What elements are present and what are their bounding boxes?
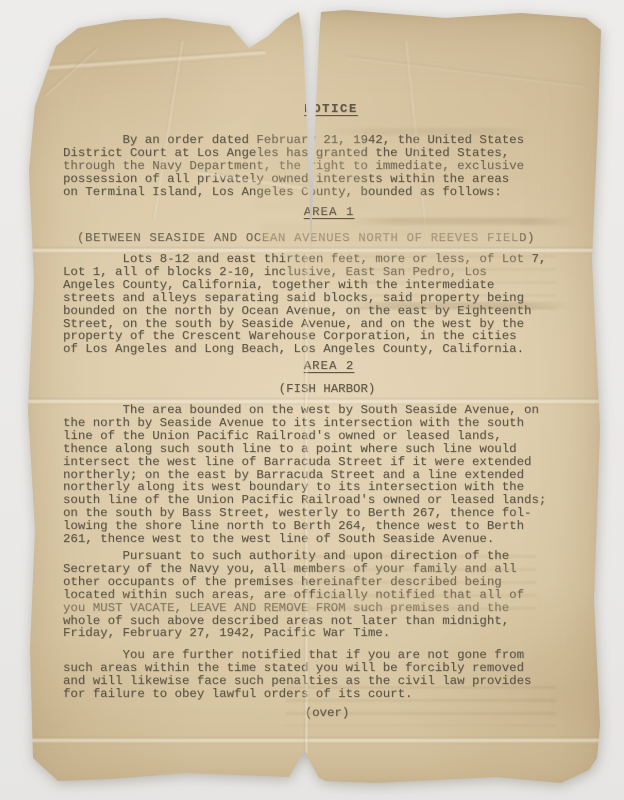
- document-title: NOTICE: [75, 103, 587, 116]
- crease-line: [16, 398, 608, 405]
- notice-paper: NOTICE By an order dated February 21, 19…: [16, 10, 608, 792]
- bleedthrough-ghost: [286, 686, 556, 726]
- bleedthrough-ghost: [356, 255, 556, 315]
- fade-patch: [261, 223, 521, 243]
- bleedthrough-ghost: [276, 555, 536, 610]
- photo-background: NOTICE By an order dated February 21, 19…: [0, 0, 624, 800]
- paper-shadow-wrap: NOTICE By an order dated February 21, 19…: [16, 10, 608, 792]
- document-paragraph: The area bounded on the west by South Se…: [63, 404, 575, 546]
- footer-note: (FISH HARBOR): [71, 383, 583, 396]
- area-heading: AREA 2: [73, 360, 585, 373]
- crease-line: [16, 737, 608, 744]
- crease-line: [304, 253, 309, 753]
- fade-patch: [56, 160, 526, 174]
